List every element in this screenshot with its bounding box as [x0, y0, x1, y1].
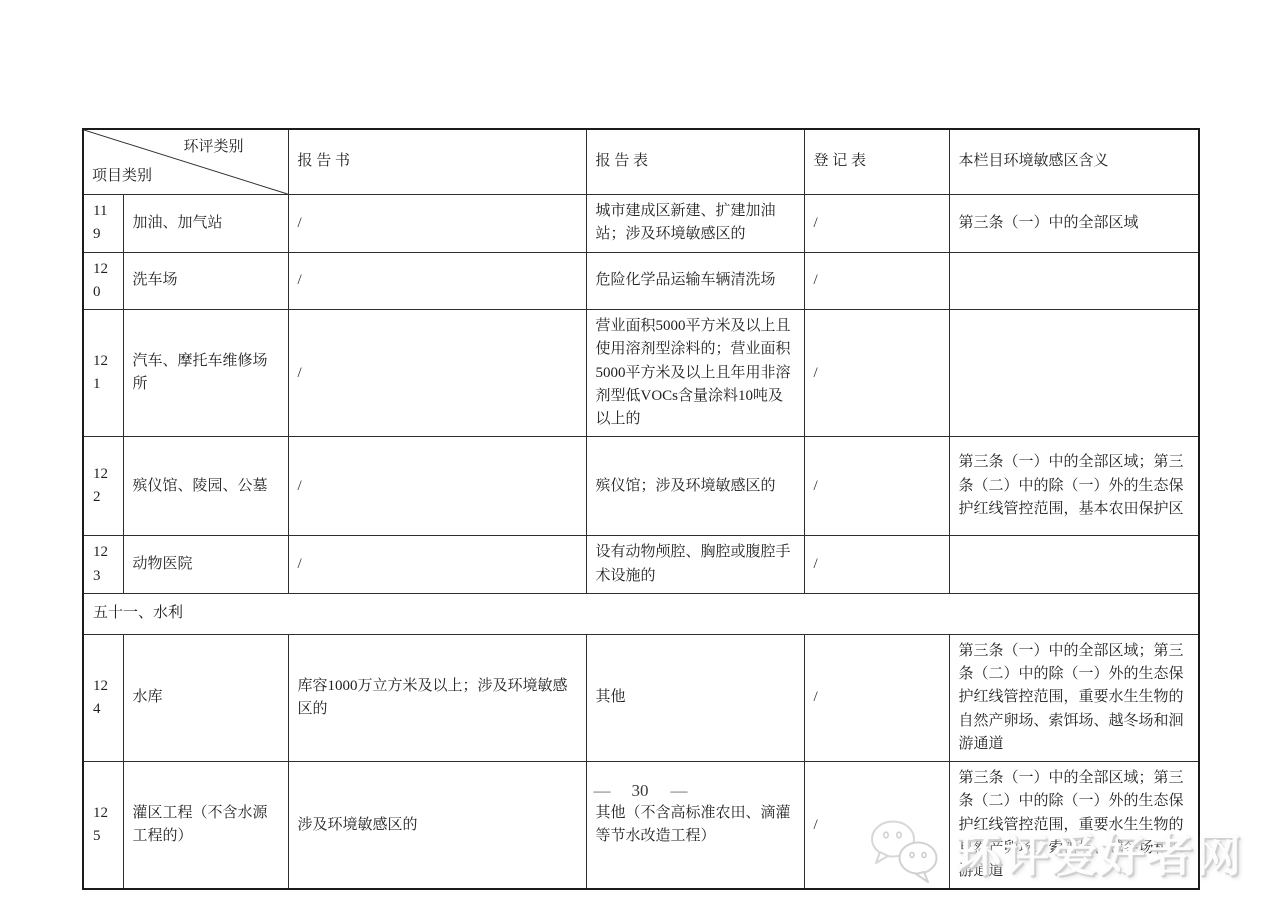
row-id-cell: 121 — [83, 310, 123, 437]
project-name-cell: 洗车场 — [123, 252, 288, 310]
report-table-cell: 危险化学品运输车辆清洗场 — [586, 252, 804, 310]
watermark-text: 环评爱好者网 — [956, 819, 1244, 884]
project-name-cell: 水库 — [123, 634, 288, 761]
table-row: 121汽车、摩托车维修场所/营业面积5000平方米及以上且使用溶剂型涂料的；营业… — [83, 310, 1199, 437]
column-header-registration: 登 记 表 — [804, 129, 949, 195]
table-row: 122殡仪馆、陵园、公墓/殡仪馆；涉及环境敏感区的/第三条（一）中的全部区域；第… — [83, 437, 1199, 536]
page-number-left-dash: — — [594, 781, 610, 801]
watermark: 环评爱好者网 — [866, 816, 1244, 886]
eia-classification-table: 环评类别 项目类别 报 告 书 报 告 表 登 记 表 本栏目环境敏感区含义 1… — [82, 128, 1200, 890]
row-id-cell: 123 — [83, 536, 123, 594]
meaning-cell: 第三条（一）中的全部区域；第三条（二）中的除（一）外的生态保护红线管控范围，重要… — [949, 634, 1199, 761]
page-number: — 30 — — [0, 781, 1280, 801]
column-header-meaning: 本栏目环境敏感区含义 — [949, 129, 1199, 195]
report-book-cell: / — [288, 310, 586, 437]
row-id-cell: 119 — [83, 195, 123, 253]
report-table-cell: 设有动物颅腔、胸腔或腹腔手术设施的 — [586, 536, 804, 594]
report-table-cell: 城市建成区新建、扩建加油站；涉及环境敏感区的 — [586, 195, 804, 253]
meaning-cell: 第三条（一）中的全部区域 — [949, 195, 1199, 253]
meaning-cell — [949, 536, 1199, 594]
table-row: 120洗车场/危险化学品运输车辆清洗场/ — [83, 252, 1199, 310]
corner-label-project-category: 项目类别 — [92, 165, 152, 188]
meaning-cell: 第三条（一）中的全部区域；第三条（二）中的除（一）外的生态保护红线管控范围，基本… — [949, 437, 1199, 536]
meaning-cell — [949, 310, 1199, 437]
registration-cell: / — [804, 634, 949, 761]
report-table-cell: 其他 — [586, 634, 804, 761]
report-book-cell: / — [288, 195, 586, 253]
table-row: 119加油、加气站/城市建成区新建、扩建加油站；涉及环境敏感区的/第三条（一）中… — [83, 195, 1199, 253]
registration-cell: / — [804, 536, 949, 594]
table-row: 124水库库容1000万立方米及以上；涉及环境敏感区的其他/第三条（一）中的全部… — [83, 634, 1199, 761]
section-row: 五十一、水利 — [83, 593, 1199, 634]
registration-cell: / — [804, 195, 949, 253]
registration-cell: / — [804, 252, 949, 310]
report-table-cell: 营业面积5000平方米及以上且使用溶剂型涂料的；营业面积5000平方米及以上且年… — [586, 310, 804, 437]
project-name-cell: 动物医院 — [123, 536, 288, 594]
report-book-cell: / — [288, 536, 586, 594]
page-number-value: 30 — [632, 781, 649, 801]
project-name-cell: 汽车、摩托车维修场所 — [123, 310, 288, 437]
section-header: 五十一、水利 — [83, 593, 1199, 634]
table-row: 123动物医院/设有动物颅腔、胸腔或腹腔手术设施的/ — [83, 536, 1199, 594]
registration-cell: / — [804, 310, 949, 437]
report-book-cell: / — [288, 252, 586, 310]
row-id-cell: 122 — [83, 437, 123, 536]
project-name-cell: 殡仪馆、陵园、公墓 — [123, 437, 288, 536]
report-book-cell: / — [288, 437, 586, 536]
column-header-report-table: 报 告 表 — [586, 129, 804, 195]
corner-label-eia-category: 环评类别 — [183, 136, 243, 159]
wechat-chat-bubbles-icon — [866, 816, 948, 886]
report-book-cell: 库容1000万立方米及以上；涉及环境敏感区的 — [288, 634, 586, 761]
row-id-cell: 124 — [83, 634, 123, 761]
project-name-cell: 加油、加气站 — [123, 195, 288, 253]
page-number-right-dash: — — [671, 781, 687, 801]
column-header-report-book: 报 告 书 — [288, 129, 586, 195]
registration-cell: / — [804, 437, 949, 536]
header-row: 环评类别 项目类别 报 告 书 报 告 表 登 记 表 本栏目环境敏感区含义 — [83, 129, 1199, 195]
diagonal-header-cell: 环评类别 项目类别 — [83, 129, 288, 195]
meaning-cell — [949, 252, 1199, 310]
row-id-cell: 120 — [83, 252, 123, 310]
report-table-cell: 殡仪馆；涉及环境敏感区的 — [586, 437, 804, 536]
